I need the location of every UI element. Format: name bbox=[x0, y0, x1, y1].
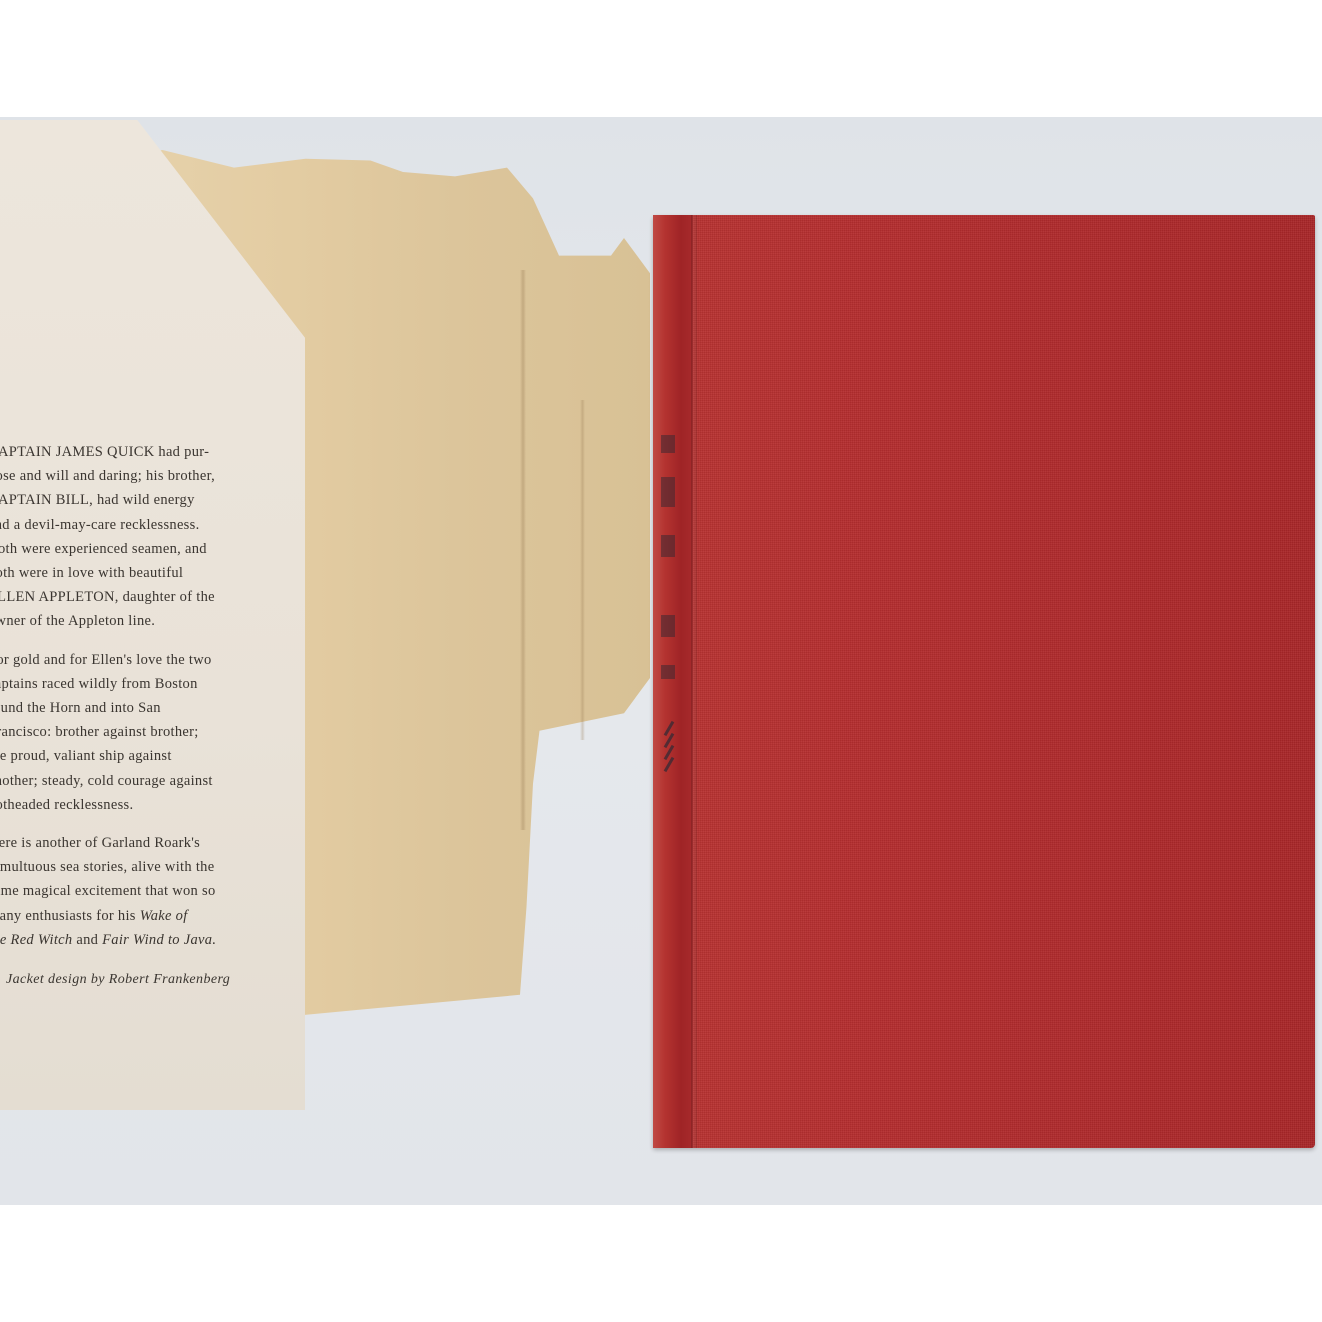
book-title-ref: Fair Wind to Java bbox=[102, 932, 212, 948]
blurb-text: . bbox=[212, 932, 216, 948]
spine-lettering bbox=[661, 615, 675, 637]
blurb-paragraph: Here is another of Garland Roark's tumul… bbox=[0, 831, 250, 952]
blurb-paragraph: For gold and for Ellen's love the two ca… bbox=[0, 648, 250, 817]
white-margin bbox=[0, 1205, 1322, 1322]
spine-lettering bbox=[661, 665, 675, 679]
flap-blurb: CAPTAIN JAMES QUICK had pur- pose and wi… bbox=[0, 440, 250, 966]
blurb-text: and bbox=[72, 932, 102, 948]
jacket-fold-crease bbox=[520, 270, 526, 830]
book-hinge bbox=[691, 215, 697, 1148]
spine-lettering bbox=[661, 535, 675, 557]
spine-lettering bbox=[661, 477, 675, 507]
spine-lettering bbox=[661, 435, 675, 453]
book-spine bbox=[653, 215, 693, 1148]
jacket-credit: Jacket design by Robert Frankenberg bbox=[6, 972, 256, 988]
blurb-paragraph: CAPTAIN JAMES QUICK had pur- pose and wi… bbox=[0, 440, 250, 634]
jacket-fold-crease bbox=[580, 400, 585, 740]
red-hardcover-book bbox=[653, 215, 1315, 1148]
